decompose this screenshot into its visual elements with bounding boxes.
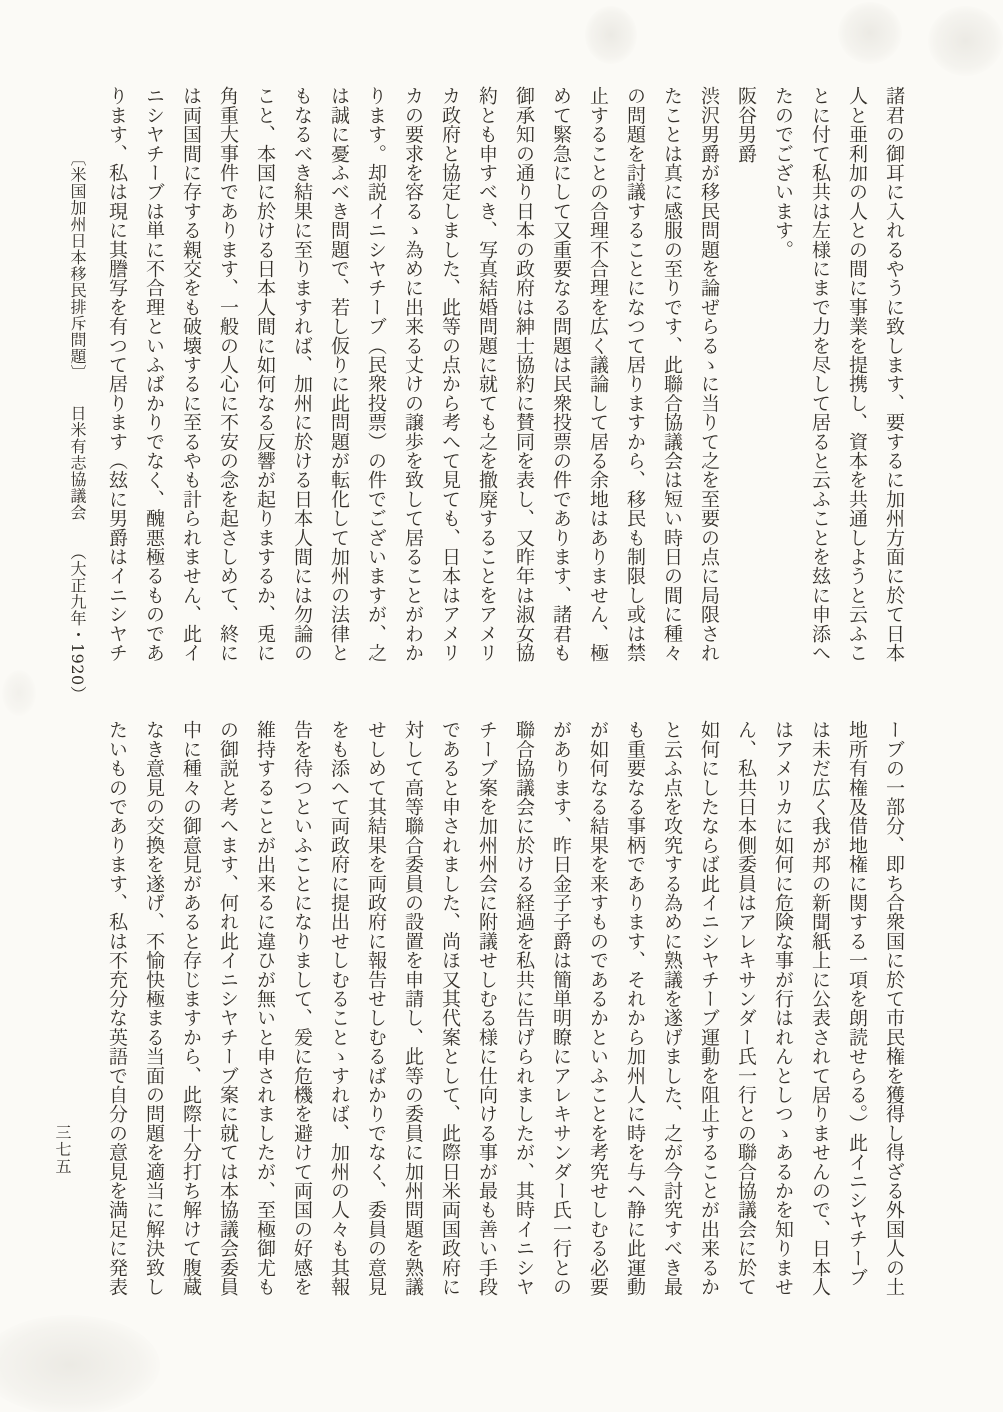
text-column: は未だ広く我が邦の新聞紙上に公表されて居りませんので、日本人 [801,720,838,1298]
text-column: こと、本国に於ける日本人間に如何なる反響が起りまするか、兎に [246,86,283,664]
speaker-heading: 阪谷男爵 [727,86,764,664]
text-column: 御承知の通り日本の政府は紳士協約に賛同を表し、又昨年は淑女協 [505,86,542,664]
text-column: と云ふ点を攻究する為めに熟議を遂げました、之が今討究すべき最 [653,720,690,1298]
text-column: 地所有権及借地権に関する一項を朗読せらる。）此イニシヤチーブ [838,720,875,1298]
scan-smudge [585,6,637,64]
text-column: ーブの一部分、即ち合衆国に於て市民権を獲得し得ざる外国人の土 [875,720,912,1298]
text-column: めて緊急にして又重要なる問題は民衆投票の件であります、諸君も [542,86,579,664]
text-column: 聯合協議会に於ける経過を私共に告げられましたが、其時イニシヤ [505,720,542,1298]
text-column: 止することの合理不合理を広く議論して居る余地はありません、極 [579,86,616,664]
text-column: カ政府と協定しました、此等の点から考へて見ても、日本はアメリ [431,86,468,664]
scan-smudge [0,1315,160,1412]
text-column: たことは真に感服の至りです、此聯合協議会は短い時日の間に種々 [653,86,690,664]
margin-caption-title: 〔米国加州日本移民排斥問題〕 [64,150,90,381]
text-column: の御説と考へます、何れ此イニシヤチーブ案に就ては本協議会委員 [209,720,246,1298]
page-number: 三七五 [52,1124,72,1175]
text-column: 維持することが出来るに違ひが無いと申されましたが、至極御尤も [246,720,283,1298]
text-column: ります、私は現に其謄写を有つて居ります（玆に男爵はイニシヤチ [98,86,135,664]
text-column: 渋沢男爵が移民問題を論ぜらるゝに当りて之を至要の点に局限され [690,86,727,664]
text-column: はアメリカに如何に危険な事が行はれんとしつゝあるかを知りませ [764,720,801,1298]
text-column: たいものであります、私は不充分な英語で自分の意見を満足に発表 [98,720,135,1298]
text-column: せしめて其結果を両政府に報告せしむるばかりでなく、委員の意見 [357,720,394,1298]
text-column: 約とも申すべき、写真結婚問題に就ても之を撤廃することをアメリ [468,86,505,664]
scanned-document-page: 諸君の御耳に入れるやうに致します、要するに加州方面に於て日本人と亜利加の人との間… [0,0,1003,1412]
text-column: ります。却説イニシヤチーブ（民衆投票）の件でございますが、之 [357,86,394,664]
text-column: 如何にしたならば此イニシヤチーブ運動を阻止することが出来るか [690,720,727,1298]
margin-caption-organization: 日米有志協議会 [64,405,90,521]
text-column: は誠に憂ふべき問題で、若し仮りに此問題が転化して加州の法律と [320,86,357,664]
text-column: の問題を討議することになつて居りますから、移民も制限し或は禁 [616,86,653,664]
scan-smudge [838,2,902,64]
text-column: 中に種々の御意見があると存じますから、此際十分打ち解けて腹蔵 [172,720,209,1298]
bottom-text-block: ーブの一部分、即ち合衆国に於て市民権を獲得し得ざる外国人の土地所有権及借地権に関… [98,720,912,1298]
text-column: もなるべき結果に至りますれば、加州に於ける日本人間には勿論の [283,86,320,664]
text-column: 人と亜利加の人との間に事業を提携し、資本を共通しようと云ふこ [838,86,875,664]
margin-caption: 〔米国加州日本移民排斥問題〕 日米有志協議会 （大正九年・1920） [64,150,90,690]
text-column: であると申されました、尚ほ又其代案として、此際日米両国政府に [431,720,468,1298]
text-column: は両国間に存する親交をも破壊するに至るやも計られません、此イ [172,86,209,664]
text-column: なき意見の交換を遂げ、不愉快極まる当面の問題を適当に解決致し [135,720,172,1298]
text-column: 角重大事件であります、一般の人心に不安の念を起さしめて、終に [209,86,246,664]
text-column: チーブ案を加州州会に附議せしむる様に仕向ける事が最も善い手段 [468,720,505,1298]
scan-smudge [2,670,36,716]
text-column: ん、私共日本側委員はアレキサンダー氏一行との聯合協議会に於て [727,720,764,1298]
text-column: とに付て私共は左様にまで力を尽して居ると云ふことを玆に申添へ [801,86,838,664]
text-column: ニシヤチーブは単に不合理といふばかりでなく、醜悪極るものであ [135,86,172,664]
text-column: も重要なる事柄であります、それから加州人に時を与へ静に此運動 [616,720,653,1298]
text-column: カの要求を容るゝ為めに出来る丈けの譲歩を致して居ることがわか [394,86,431,664]
text-column: があります、昨日金子子爵は簡単明瞭にアレキサンダー氏一行との [542,720,579,1298]
text-column: 対して高等聯合委員の設置を申請し、此等の委員に加州問題を熟議 [394,720,431,1298]
text-column: が如何なる結果を来すものであるかといふことを考究せしむる必要 [579,720,616,1298]
top-text-block: 諸君の御耳に入れるやうに致します、要するに加州方面に於て日本人と亜利加の人との間… [98,86,912,664]
text-column: 告を待つといふことになりまして、爰に危機を避けて両国の好感を [283,720,320,1298]
text-column: 諸君の御耳に入れるやうに致します、要するに加州方面に於て日本 [875,86,912,664]
margin-caption-year: （大正九年・1920） [64,544,90,702]
scan-smudge [928,6,1003,76]
text-column: たのでございます。 [764,86,801,664]
text-column: をも添へて両政府に提出せしむることゝすれば、加州の人々も其報 [320,720,357,1298]
